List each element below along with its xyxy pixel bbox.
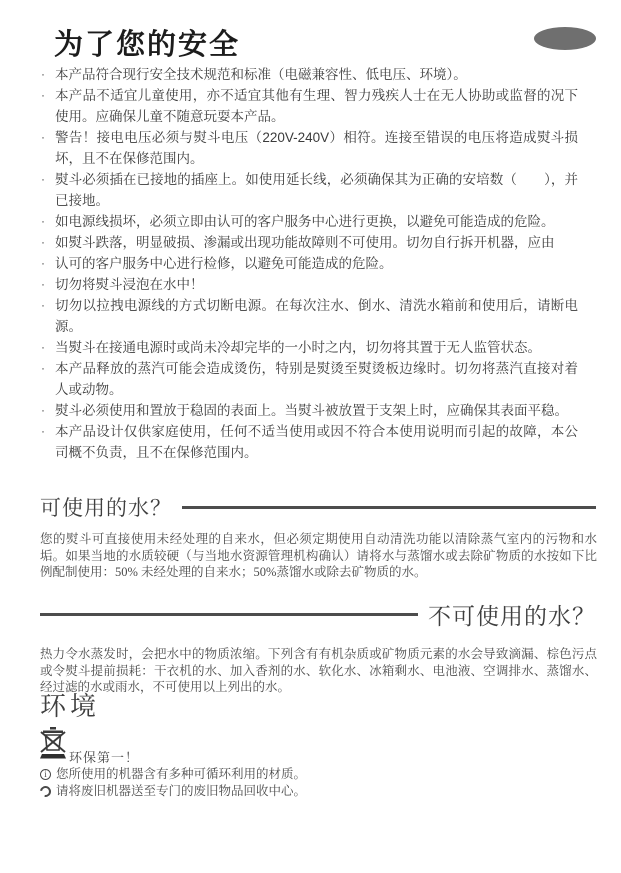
environment-note-text: 请将废旧机器送至专门的废旧物品回收中心。 — [56, 783, 306, 800]
safety-list-item: · 认可的客户服务中心进行检修，以避免可能造成的危险。 — [41, 253, 578, 274]
safety-list-item: · 熨斗必须使用和置放于稳固的表面上。当熨斗被放置于支架上时，应确保其表面平稳。 — [41, 400, 578, 421]
safety-list-item: · 如熨斗跌落，明显破损、渗漏或出现功能故障则不可使用。切勿自行拆开机器，应由 — [41, 232, 578, 253]
page-title: 为了您的安全 — [54, 22, 240, 63]
safety-list-item: · 切勿以拉拽电源线的方式切断电源。在每次注水、倒水、清洗水箱前和使用后，请断电… — [41, 295, 578, 337]
usable-water-paragraph: 您的熨斗可直接使用未经处理的自来水，但必须定期使用自动清洗功能以清除蒸气室内的污… — [40, 531, 597, 581]
safety-list-item: · 本产品设计仅供家庭使用，任何不适当使用或因不符合本使用说明而引起的故障，本公… — [41, 421, 578, 463]
safety-item-text: 认可的客户服务中心进行检修，以避免可能造成的危险。 — [55, 253, 578, 274]
bullet-dot-icon: · — [41, 232, 55, 253]
bullet-dot-icon: · — [41, 169, 55, 211]
bullet-dot-icon: · — [41, 295, 55, 337]
safety-item-text: 如熨斗跌落，明显破损、渗漏或出现功能故障则不可使用。切勿自行拆开机器，应由 — [55, 232, 578, 253]
safety-bullet-list: · 本产品符合现行安全技术规范和标准（电磁兼容性、低电压、环境）。 · 本产品不… — [41, 64, 578, 463]
unusable-water-section-header: 不可使用的水？ — [40, 598, 596, 631]
safety-list-item: · 本产品符合现行安全技术规范和标准（电磁兼容性、低电压、环境）。 — [41, 64, 578, 85]
safety-list-item: · 警告！接电电压必须与熨斗电压（220V-240V）相符。连接至错误的电压将造… — [41, 127, 578, 169]
bullet-dot-icon: · — [41, 127, 55, 169]
bullet-dot-icon: · — [41, 421, 55, 463]
bullet-dot-icon: · — [41, 85, 55, 127]
safety-list-item: · 当熨斗在接通电源时或尚未冷却完毕的一小时之内，切勿将其置于无人监管状态。 — [41, 337, 578, 358]
horizontal-rule — [182, 506, 596, 509]
environment-note-disposal: 请将废旧机器送至专门的废旧物品回收中心。 — [40, 783, 440, 800]
safety-item-text: 本产品释放的蒸汽可能会造成烫伤，特别是熨烫至熨烫板边缘时。切勿将蒸汽直接对着人或… — [55, 358, 578, 400]
bullet-dot-icon: · — [41, 274, 55, 295]
environment-note-recyclable: i 您所使用的机器含有多种可循环利用的材质。 — [40, 766, 440, 783]
safety-item-text: 本产品设计仅供家庭使用，任何不适当使用或因不符合本使用说明而引起的故障，本公司概… — [55, 421, 578, 463]
crossed-out-wheelie-bin-icon — [40, 726, 66, 767]
bullet-dot-icon: · — [41, 400, 55, 421]
usable-water-heading: 可使用的水？ — [40, 492, 172, 522]
bullet-dot-icon: · — [41, 358, 55, 400]
info-circle-icon: i — [40, 769, 51, 780]
safety-item-text: 切勿以拉拽电源线的方式切断电源。在每次注水、倒水、清洗水箱前和使用后，请断电源。 — [55, 295, 578, 337]
unusable-water-heading: 不可使用的水？ — [428, 598, 596, 631]
safety-item-text: 如电源线损坏，必须立即由认可的客户服务中心进行更换，以避免可能造成的危险。 — [55, 211, 578, 232]
safety-item-text: 当熨斗在接通电源时或尚未冷却完毕的一小时之内，切勿将其置于无人监管状态。 — [55, 337, 578, 358]
bullet-dot-icon: · — [41, 337, 55, 358]
safety-list-item: · 如电源线损坏，必须立即由认可的客户服务中心进行更换，以避免可能造成的危险。 — [41, 211, 578, 232]
safety-item-text: 熨斗必须使用和置放于稳固的表面上。当熨斗被放置于支架上时，应确保其表面平稳。 — [55, 400, 578, 421]
safety-item-text: 警告！接电电压必须与熨斗电压（220V-240V）相符。连接至错误的电压将造成熨… — [55, 127, 578, 169]
safety-list-item: · 本产品释放的蒸汽可能会造成烫伤，特别是熨烫至熨烫板边缘时。切勿将蒸汽直接对着… — [41, 358, 578, 400]
gray-oval-mark — [534, 27, 596, 50]
safety-list-item: · 熨斗必须插在已接地的插座上。如使用延长线，必须确保其为正确的安培数（ ），并… — [41, 169, 578, 211]
bullet-dot-icon: · — [41, 211, 55, 232]
horizontal-rule — [40, 613, 418, 616]
safety-item-text: 本产品不适宜儿童使用，亦不适宜其他有生理、智力残疾人士在无人协助或监督的况下使用… — [55, 85, 578, 127]
environment-notes: i 您所使用的机器含有多种可循环利用的材质。 请将废旧机器送至专门的废旧物品回收… — [40, 766, 440, 800]
bullet-dot-icon: · — [41, 253, 55, 274]
eco-first-label: 环保第一！ — [69, 747, 139, 766]
manual-page: 为了您的安全 · 本产品符合现行安全技术规范和标准（电磁兼容性、低电压、环境）。… — [0, 0, 621, 873]
safety-item-text: 熨斗必须插在已接地的插座上。如使用延长线，必须确保其为正确的安培数（ ），并已接… — [55, 169, 578, 211]
bullet-dot-icon: · — [41, 64, 55, 85]
safety-item-text: 本产品符合现行安全技术规范和标准（电磁兼容性、低电压、环境）。 — [55, 64, 578, 85]
safety-list-item: · 切勿将熨斗浸泡在水中！ — [41, 274, 578, 295]
environment-heading: 环境 — [40, 686, 100, 723]
safety-list-item: · 本产品不适宜儿童使用，亦不适宜其他有生理、智力残疾人士在无人协助或监督的况下… — [41, 85, 578, 127]
usable-water-section-header: 可使用的水？ — [40, 492, 596, 522]
environment-note-text: 您所使用的机器含有多种可循环利用的材质。 — [56, 766, 306, 783]
safety-item-text: 切勿将熨斗浸泡在水中！ — [55, 274, 578, 295]
unusable-water-paragraph: 热力令水蒸发时，会把水中的物质浓缩。下列含有有机杂质或矿物质元素的水会导致滴漏、… — [40, 646, 597, 696]
recycle-arrow-icon — [38, 784, 53, 799]
